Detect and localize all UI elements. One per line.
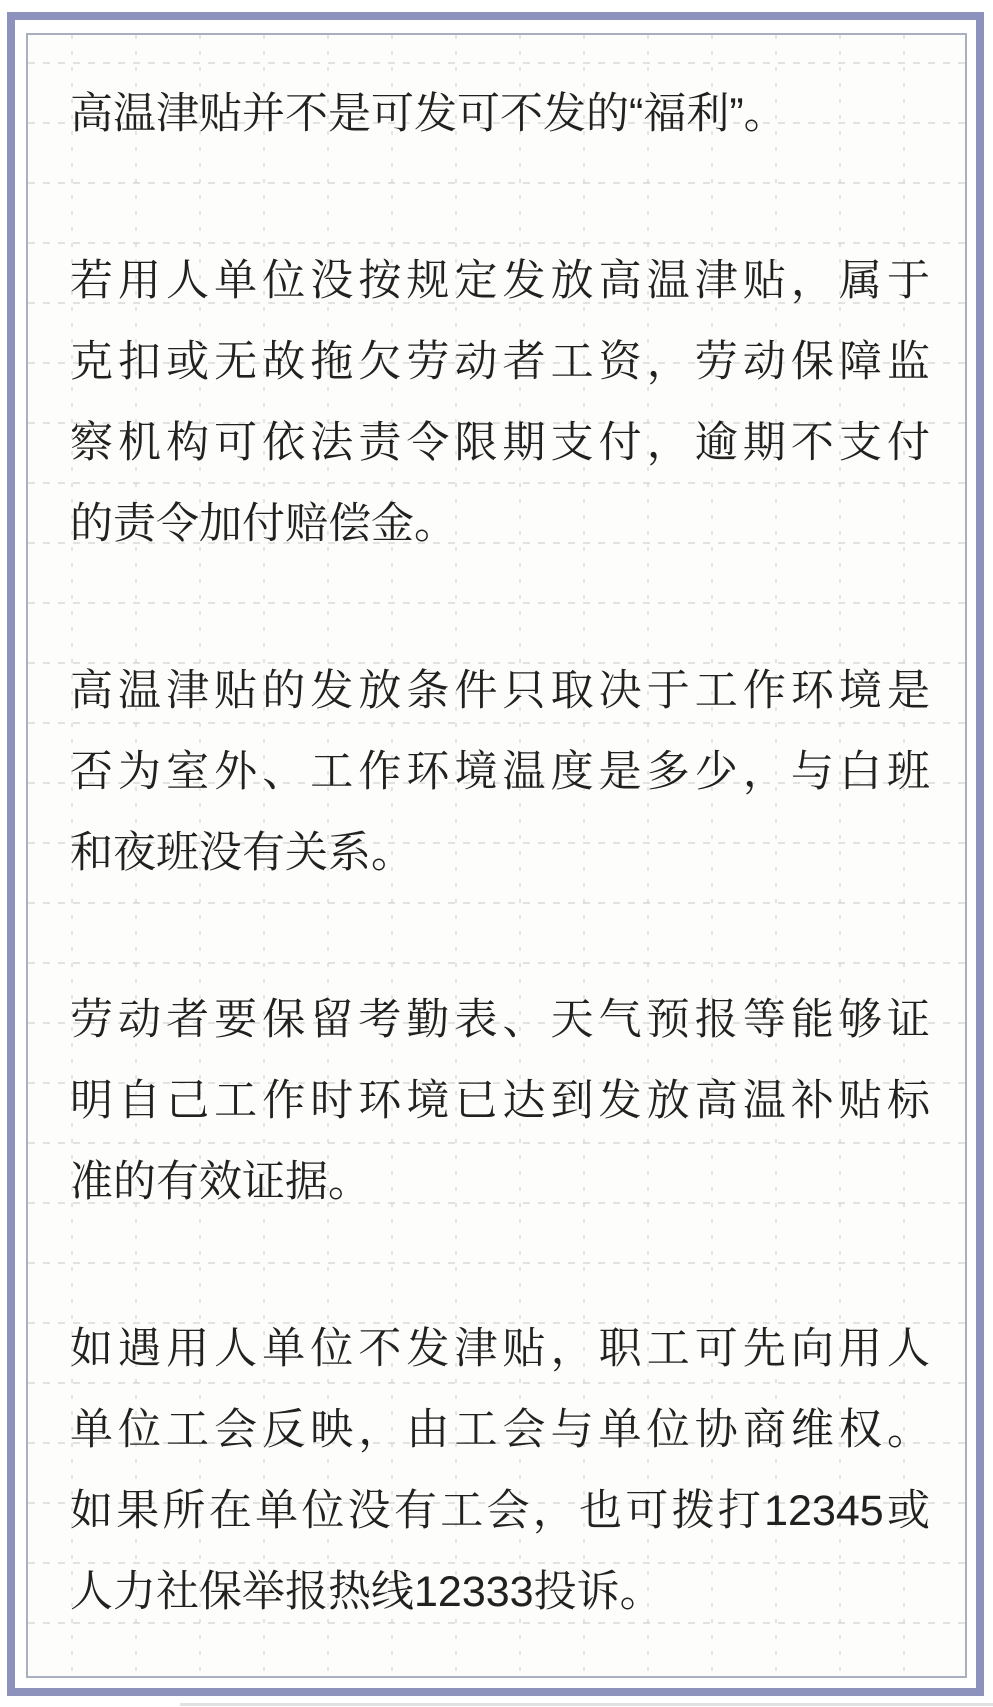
text-line: 人力社保举报热线12333投诉。 <box>70 1552 930 1633</box>
paragraph-keep-evidence: 劳动者要保留考勤表、天气预报等能够证 明自己工作时环境已达到发放高温补贴标 准的… <box>70 980 930 1223</box>
text-line: 的责令加付赔偿金。 <box>70 484 930 565</box>
text-line: 如果所在单位没有工会，也可拨打12345或 <box>70 1471 930 1552</box>
next-card-edge <box>180 1703 993 1706</box>
text-line: 如遇用人单位不发津贴，职工可先向用人 <box>70 1309 930 1390</box>
grid-paper-card: 高温津贴并不是可发可不发的“福利”。 若用人单位没按规定发放高温津贴，属于 克扣… <box>26 33 967 1678</box>
paragraph-how-to-complain: 如遇用人单位不发津贴，职工可先向用人 单位工会反映，由工会与单位协商维权。 如果… <box>70 1309 930 1633</box>
text-line: 察机构可依法责令限期支付，逾期不支付 <box>70 403 930 484</box>
text-line: 准的有效证据。 <box>70 1142 930 1223</box>
text-line: 否为室外、工作环境温度是多少，与白班 <box>70 732 930 813</box>
text-line: 和夜班没有关系。 <box>70 813 930 894</box>
text-line: 若用人单位没按规定发放高温津贴，属于 <box>70 241 930 322</box>
text-line: 明自己工作时环境已达到发放高温补贴标 <box>70 1061 930 1142</box>
paragraph-payment-conditions: 高温津贴的发放条件只取决于工作环境是 否为室外、工作环境温度是多少，与白班 和夜… <box>70 651 930 894</box>
article-text: 高温津贴并不是可发可不发的“福利”。 若用人单位没按规定发放高温津贴，属于 克扣… <box>28 35 965 1676</box>
text-line: 劳动者要保留考勤表、天气预报等能够证 <box>70 980 930 1061</box>
text-line: 高温津贴并不是可发可不发的“福利”。 <box>70 74 930 155</box>
paragraph-subsidy-not-welfare: 高温津贴并不是可发可不发的“福利”。 <box>70 74 930 155</box>
text-line: 高温津贴的发放条件只取决于工作环境是 <box>70 651 930 732</box>
text-line: 单位工会反映，由工会与单位协商维权。 <box>70 1390 930 1471</box>
screenshot-page: { "article": { "paragraphs": [ { "lines"… <box>0 0 993 1707</box>
paragraph-employer-violation: 若用人单位没按规定发放高温津贴，属于 克扣或无故拖欠劳动者工资，劳动保障监 察机… <box>70 241 930 565</box>
text-line: 克扣或无故拖欠劳动者工资，劳动保障监 <box>70 322 930 403</box>
